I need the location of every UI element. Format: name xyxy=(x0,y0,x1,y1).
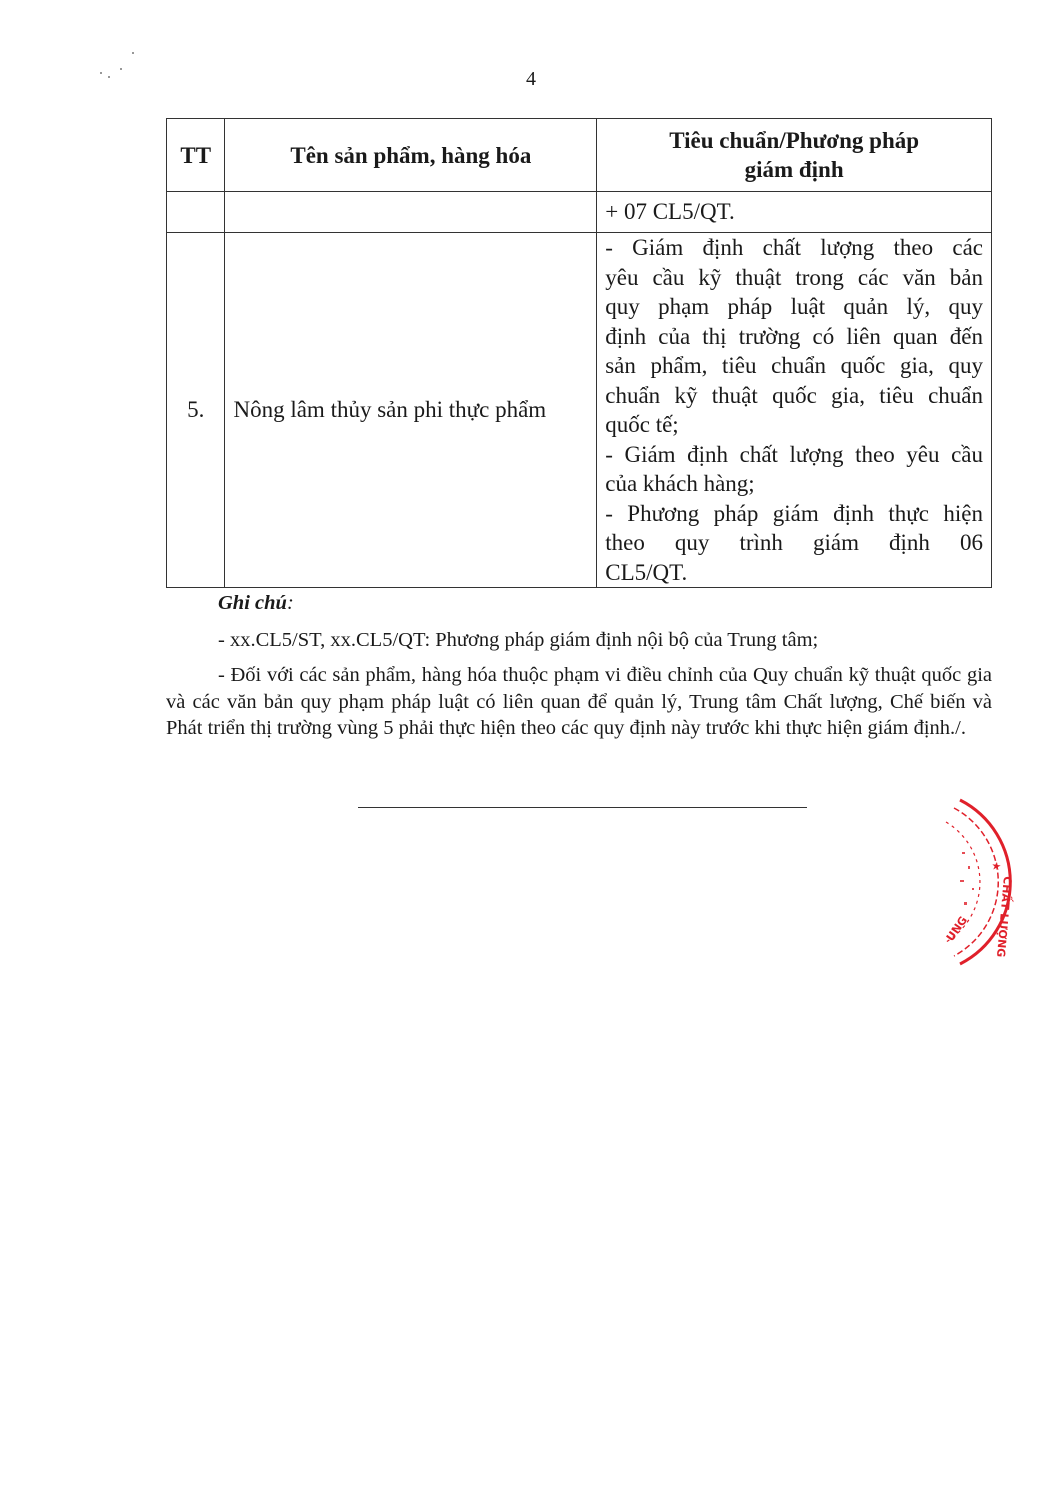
svg-text:CHẤT LƯỢNG: CHẤT LƯỢNG xyxy=(994,876,1016,958)
standard-line: định của thị trường có liên quan đến xyxy=(605,322,983,352)
note-item: - xx.CL5/ST, xx.CL5/QT: Phương pháp giám… xyxy=(166,627,992,654)
standard-line: yêu cầu kỹ thuật trong các văn bản xyxy=(605,263,983,293)
specification-table: TT Tên sản phẩm, hàng hóa Tiêu chuẩn/Phư… xyxy=(166,118,992,588)
table-row-continuation: + 07 CL5/QT. xyxy=(167,192,992,233)
header-standard-line1: Tiêu chuẩn/Phương pháp xyxy=(669,128,919,153)
cell-name xyxy=(225,192,597,233)
note-item: - Đối với các sản phẩm, hàng hóa thuộc p… xyxy=(166,662,992,742)
notes-title-colon: : xyxy=(287,592,294,614)
table-header-row: TT Tên sản phẩm, hàng hóa Tiêu chuẩn/Phư… xyxy=(167,119,992,192)
svg-text:UNG: UNG xyxy=(944,914,970,944)
notes-title: Ghi chú: xyxy=(218,590,992,617)
header-standard-line2: giám định xyxy=(745,157,844,182)
cell-name: Nông lâm thủy sản phi thực phẩm xyxy=(225,233,597,588)
official-seal-icon: ★ CHẤT LƯỢNG UNG xyxy=(932,792,1042,972)
end-divider xyxy=(358,807,807,808)
notes-section: Ghi chú: - xx.CL5/ST, xx.CL5/QT: Phương … xyxy=(166,590,992,742)
standard-line: chuẩn kỹ thuật quốc gia, tiêu chuẩn xyxy=(605,381,983,411)
svg-text:★: ★ xyxy=(989,860,1004,872)
standard-line: - Giám định chất lượng theo các xyxy=(605,233,983,263)
cell-tt xyxy=(167,192,225,233)
table-row: 5. Nông lâm thủy sản phi thực phẩm - Giá… xyxy=(167,233,992,588)
notes-title-text: Ghi chú xyxy=(218,592,287,614)
page-number: 4 xyxy=(0,68,1062,91)
cell-standard: + 07 CL5/QT. xyxy=(597,192,992,233)
header-standard-method: Tiêu chuẩn/Phương pháp giám định xyxy=(597,119,992,192)
standard-line: - Giám định chất lượng theo yêu cầu xyxy=(605,440,983,470)
standard-line: quốc tế; xyxy=(605,410,983,440)
standard-line: theo quy trình giám định 06 xyxy=(605,528,983,558)
header-tt: TT xyxy=(167,119,225,192)
standard-line: - Phương pháp giám định thực hiện xyxy=(605,499,983,529)
header-product-name: Tên sản phẩm, hàng hóa xyxy=(225,119,597,192)
cell-tt: 5. xyxy=(167,233,225,588)
cell-standard: - Giám định chất lượng theo cácyêu cầu k… xyxy=(597,233,992,588)
standard-line: của khách hàng; xyxy=(605,469,983,499)
standard-line: quy phạm pháp luật quản lý, quy xyxy=(605,292,983,322)
standard-line: CL5/QT. xyxy=(605,558,983,588)
standard-line: sản phẩm, tiêu chuẩn quốc gia, quy xyxy=(605,351,983,381)
